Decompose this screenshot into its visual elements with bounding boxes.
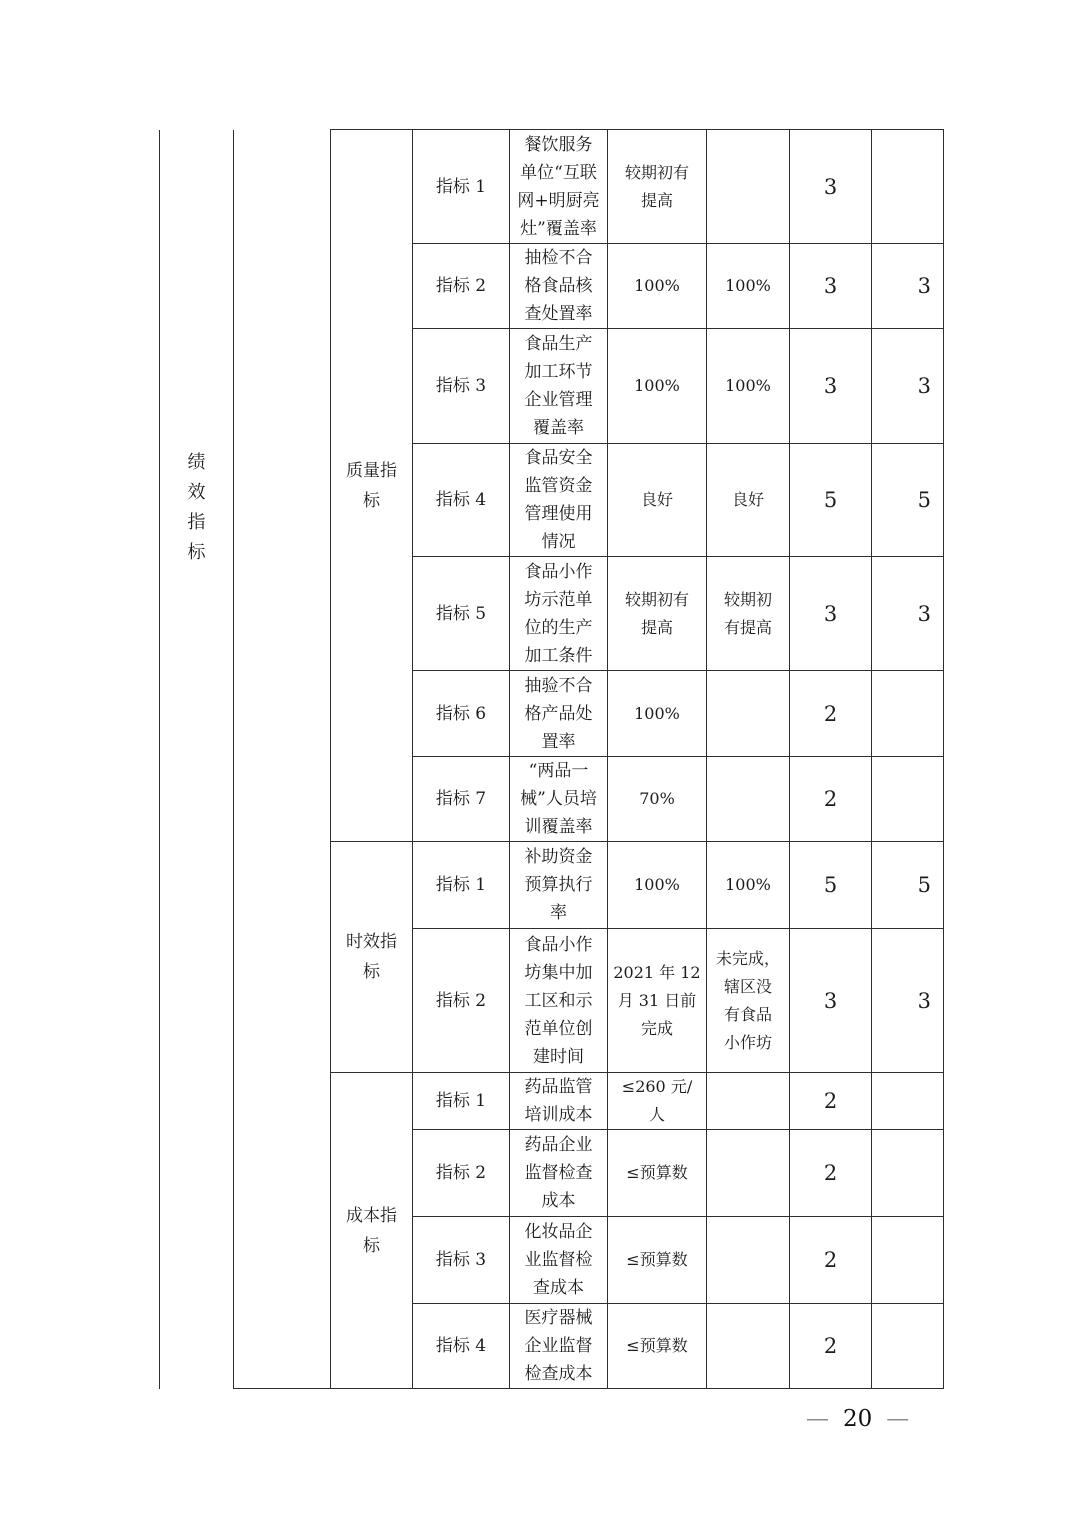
- actual-value-cell: 100%: [707, 244, 790, 329]
- indicator-label-cell: 指标 5: [413, 557, 510, 671]
- actual-value-cell: [707, 1217, 790, 1304]
- score-cell: 3: [790, 244, 872, 329]
- indicator-label-cell: 指标 7: [413, 757, 510, 842]
- indicator-label-cell: 指标 4: [413, 1304, 510, 1389]
- indicator-label-cell: 指标 1: [413, 130, 510, 244]
- actual-score-cell: 3: [872, 244, 944, 329]
- target-value-cell: 较期初有 提高: [608, 557, 707, 671]
- indicator-description-cell: 药品企业 监督检查 成本: [510, 1130, 608, 1217]
- score-cell: 2: [790, 1073, 872, 1130]
- empty-category-cell: [234, 130, 331, 1389]
- group-label-timeliness: 时效指 标: [331, 842, 413, 1073]
- actual-score-cell: 3: [872, 929, 944, 1073]
- actual-value-cell: 100%: [707, 329, 790, 444]
- indicator-description-cell: 医疗器械 企业监督 检查成本: [510, 1304, 608, 1389]
- score-cell: 2: [790, 757, 872, 842]
- indicator-description-cell: 补助资金 预算执行 率: [510, 842, 608, 929]
- score-cell: 2: [790, 1130, 872, 1217]
- indicator-description-cell: 抽验不合 格产品处 置率: [510, 671, 608, 757]
- performance-indicators-table: 绩 效 指 标 质量指 标 指标 1 餐饮服务 单位“互联 网+明厨亮 灶”覆盖…: [159, 129, 944, 1389]
- target-value-cell: 100%: [608, 842, 707, 929]
- indicator-description-cell: 化妆品企 业监督检 查成本: [510, 1217, 608, 1304]
- target-value-cell: 100%: [608, 329, 707, 444]
- indicator-label-cell: 指标 6: [413, 671, 510, 757]
- indicator-label-cell: 指标 4: [413, 444, 510, 557]
- score-cell: 5: [790, 842, 872, 929]
- target-value-cell: ≤预算数: [608, 1130, 707, 1217]
- indicator-description-cell: 药品监管 培训成本: [510, 1073, 608, 1130]
- target-value-cell: 100%: [608, 671, 707, 757]
- indicator-label-cell: 指标 2: [413, 1130, 510, 1217]
- target-value-cell: 较期初有 提高: [608, 130, 707, 244]
- table-row: 绩 效 指 标 质量指 标 指标 1 餐饮服务 单位“互联 网+明厨亮 灶”覆盖…: [160, 130, 944, 244]
- page-number-value: 20: [843, 1402, 872, 1436]
- page-number: — 20 —: [806, 1402, 909, 1436]
- score-cell: 3: [790, 929, 872, 1073]
- group-label-cost: 成本指 标: [331, 1073, 413, 1389]
- actual-value-cell: 较期初 有提高: [707, 557, 790, 671]
- score-cell: 2: [790, 1304, 872, 1389]
- indicator-label-cell: 指标 3: [413, 1217, 510, 1304]
- actual-score-cell: [872, 671, 944, 757]
- actual-score-cell: 5: [872, 842, 944, 929]
- indicator-description-cell: 食品生产 加工环节 企业管理 覆盖率: [510, 329, 608, 444]
- actual-value-cell: [707, 130, 790, 244]
- actual-score-cell: [872, 757, 944, 842]
- indicator-description-cell: “两品一 械”人员培 训覆盖率: [510, 757, 608, 842]
- page-number-left-dash: —: [806, 1402, 829, 1436]
- row-group-label-performance-indicators: 绩 效 指 标: [160, 130, 234, 1389]
- actual-value-cell: [707, 1304, 790, 1389]
- indicator-description-cell: 食品小作 坊集中加 工区和示 范单位创 建时间: [510, 929, 608, 1073]
- actual-value-cell: 良好: [707, 444, 790, 557]
- actual-score-cell: [872, 1217, 944, 1304]
- actual-score-cell: [872, 1304, 944, 1389]
- actual-score-cell: [872, 130, 944, 244]
- actual-value-cell: 未完成， 辖区没 有食品 小作坊: [707, 929, 790, 1073]
- indicator-label-cell: 指标 2: [413, 929, 510, 1073]
- score-cell: 3: [790, 130, 872, 244]
- target-value-cell: ≤预算数: [608, 1304, 707, 1389]
- actual-score-cell: 3: [872, 557, 944, 671]
- actual-value-cell: [707, 757, 790, 842]
- score-cell: 2: [790, 1217, 872, 1304]
- actual-value-cell: [707, 1073, 790, 1130]
- target-value-cell: ≤260 元/ 人: [608, 1073, 707, 1130]
- indicator-label-cell: 指标 1: [413, 1073, 510, 1130]
- target-value-cell: 2021 年 12 月 31 日前 完成: [608, 929, 707, 1073]
- actual-score-cell: 3: [872, 329, 944, 444]
- side-label-text: 绩 效 指 标: [160, 448, 233, 568]
- actual-value-cell: [707, 671, 790, 757]
- target-value-cell: 良好: [608, 444, 707, 557]
- actual-value-cell: 100%: [707, 842, 790, 929]
- actual-score-cell: 5: [872, 444, 944, 557]
- actual-score-cell: [872, 1073, 944, 1130]
- target-value-cell: ≤预算数: [608, 1217, 707, 1304]
- indicator-label-cell: 指标 2: [413, 244, 510, 329]
- actual-score-cell: [872, 1130, 944, 1217]
- page-number-right-dash: —: [886, 1402, 909, 1436]
- indicator-label-cell: 指标 1: [413, 842, 510, 929]
- score-cell: 2: [790, 671, 872, 757]
- score-cell: 5: [790, 444, 872, 557]
- indicator-label-cell: 指标 3: [413, 329, 510, 444]
- document-page: 绩 效 指 标 质量指 标 指标 1 餐饮服务 单位“互联 网+明厨亮 灶”覆盖…: [0, 0, 1074, 1520]
- indicator-description-cell: 食品安全 监管资金 管理使用 情况: [510, 444, 608, 557]
- actual-value-cell: [707, 1130, 790, 1217]
- indicator-description-cell: 食品小作 坊示范单 位的生产 加工条件: [510, 557, 608, 671]
- indicator-description-cell: 抽检不合 格食品核 查处置率: [510, 244, 608, 329]
- score-cell: 3: [790, 329, 872, 444]
- score-cell: 3: [790, 557, 872, 671]
- target-value-cell: 100%: [608, 244, 707, 329]
- target-value-cell: 70%: [608, 757, 707, 842]
- group-label-quality: 质量指 标: [331, 130, 413, 842]
- indicator-description-cell: 餐饮服务 单位“互联 网+明厨亮 灶”覆盖率: [510, 130, 608, 244]
